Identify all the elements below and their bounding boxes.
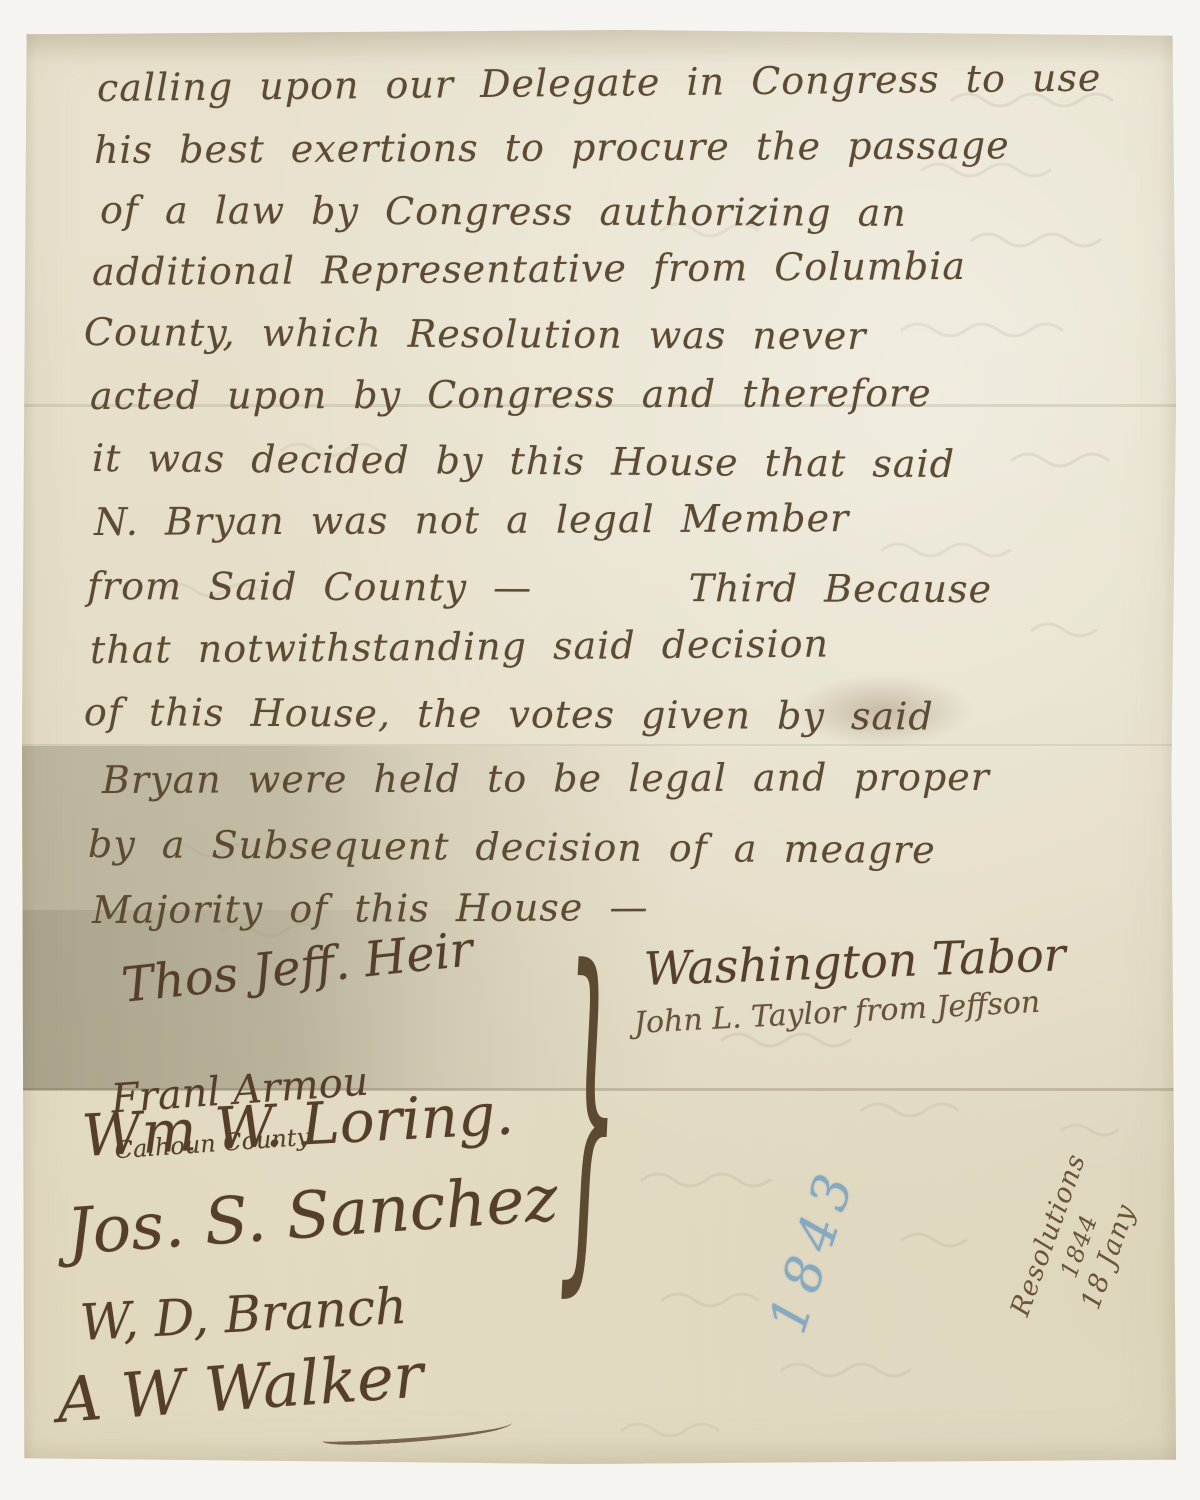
signature-a-w-walker: A W Walker — [54, 1338, 425, 1436]
manuscript-line: it was decided by this House that said — [92, 436, 955, 486]
manuscript-line: N. Bryan was not a legal Member — [94, 496, 849, 544]
manuscript-line: by a Subsequent decision of a meagre — [88, 822, 936, 872]
manuscript-line: that notwithstanding said decision — [90, 622, 829, 672]
manuscript-paper: calling upon our Delegate in Congress to… — [22, 30, 1176, 1464]
manuscript-line: calling upon our Delegate in Congress to… — [97, 55, 1102, 110]
signature-flourish — [322, 1417, 513, 1447]
signature-brace: } — [558, 928, 619, 1299]
fold-crease-middle — [22, 744, 1176, 746]
manuscript-line: additional Representative from Columbia — [92, 244, 966, 294]
annotation-year-blue-pencil: 1843 — [758, 1158, 868, 1340]
manuscript-line: Bryan were held to be legal and proper — [102, 755, 990, 802]
manuscript-line: acted upon by Congress and therefore — [90, 371, 932, 418]
manuscript-line: from Said County — Third Because — [87, 564, 992, 611]
manuscript-line: of a law by Congress authorizing an — [100, 188, 907, 235]
manuscript-line: his best exertions to procure the passag… — [94, 123, 1010, 172]
signature-w-d-branch: W, D, Branch — [78, 1277, 408, 1352]
manuscript-line: of this House, the votes given by said — [84, 690, 934, 738]
scan-background: { "document": { "kind": "handwritten man… — [0, 0, 1200, 1500]
manuscript-line: County, which Resolution was never — [84, 310, 867, 358]
docket-note: Resolutions 1844 18 Jany — [998, 1131, 1160, 1361]
